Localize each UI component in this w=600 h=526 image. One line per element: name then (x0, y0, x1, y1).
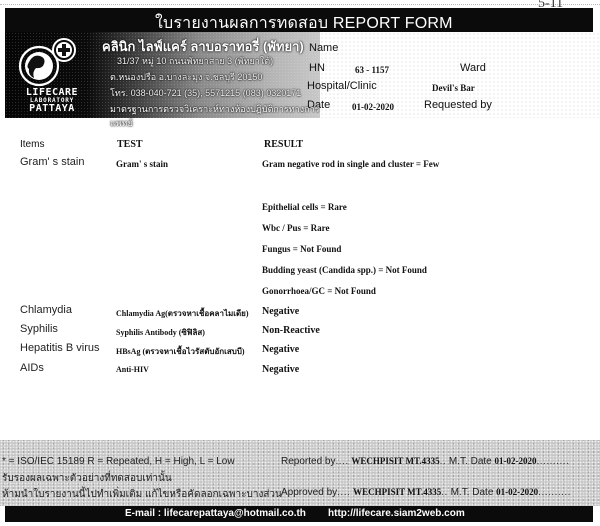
table-row-result: Non-Reactive (262, 325, 320, 336)
hospital-clinic-value: Devil's Bar (432, 83, 475, 93)
globe-plus-logo-icon (11, 36, 89, 88)
table-row-result: Negative (262, 364, 299, 375)
column-header-result: RESULT (264, 139, 303, 150)
reported-date-label: Date (471, 456, 492, 467)
ward-label: Ward (460, 62, 486, 74)
top-dotted-rule (0, 4, 600, 5)
hospital-clinic-label: Hospital/Clinic (307, 80, 377, 92)
reported-date-value: 01-02-2020 (495, 456, 537, 466)
contact-email[interactable]: E-mail : lifecarepattaya@hotmail.co.th (125, 508, 306, 519)
gram-stain-result-1: Gram negative rod in single and cluster … (262, 159, 439, 169)
footer-certify-note: รับรองผลเฉพาะตัวอย่างที่ทดสอบเท่านั้น (2, 471, 172, 486)
approved-date-label: Date (472, 487, 493, 498)
report-title-bar: ใบรายงานผลการทดสอบ REPORT FORM (5, 8, 593, 32)
reported-by-value: WECHPISIT MT.4335 (351, 456, 439, 466)
table-row-test: Syphilis Antibody (ซิฟิลิส) (116, 326, 205, 339)
clinic-header: LIFECARE LABORATORY PATTAYA คลินิก ไลฟ์แ… (5, 32, 320, 118)
reported-by-line: Reported by.... WECHPISIT MT.4335.. M.T.… (281, 456, 569, 467)
clinic-address-line1: 31/37 หมู่ 10 ถนนพัทยาสาย 3 (พัทยาใต้) (117, 54, 273, 68)
name-label: Name (309, 42, 338, 54)
requested-by-label: Requested by (424, 99, 492, 111)
gram-stain-result-6: Gonorrhoea/GC = Not Found (262, 286, 376, 296)
hn-label: HN (309, 62, 325, 74)
table-row-item: AIDs (20, 362, 44, 374)
gram-stain-result-5: Budding yeast (Candida spp.) = Not Found (262, 265, 427, 275)
lifecare-logo: LIFECARE LABORATORY PATTAYA (11, 36, 89, 116)
table-row-item: Chlamydia (20, 304, 72, 316)
reported-by-suffix: M.T. (449, 456, 468, 467)
approved-by-value: WECHPISIT MT.4335 (353, 487, 441, 497)
clinic-standard: มาตรฐานการตรวจวิเคราะห์ทางห้องปฏิบัติการ… (110, 102, 320, 130)
gram-stain-result-4: Fungus = Not Found (262, 244, 341, 254)
gram-stain-result-2: Epithelial cells = Rare (262, 202, 347, 212)
table-row-item: Hepatitis B virus (20, 342, 99, 354)
column-header-items: Items (20, 139, 44, 150)
footer-legend: * = ISO/IEC 15189 R = Repeated, H = High… (2, 456, 235, 467)
date-value: 01-02-2020 (352, 102, 394, 112)
table-row-item: Syphilis (20, 323, 58, 335)
approved-date-value: 01-02-2020 (496, 487, 538, 497)
table-row-test: Chlamydia Ag(ตรวจหาเชื้อคลาไมเดีย) (116, 307, 249, 320)
clinic-phone: โทร. 038-040-721 (35), 5571215 (083) 032… (110, 86, 301, 100)
table-row-test: Anti-HIV (116, 365, 149, 374)
hn-value: 63 - 1157 (355, 65, 389, 75)
contact-website[interactable]: http://lifecare.siam2web.com (328, 508, 465, 519)
table-row-result: Negative (262, 306, 299, 317)
approved-by-line: Approved by.... WECHPISIT MT.4335.. M.T.… (281, 487, 571, 498)
contact-bar: E-mail : lifecarepattaya@hotmail.co.th h… (5, 506, 593, 522)
reported-by-label: Reported by (281, 456, 335, 467)
report-footer: * = ISO/IEC 15189 R = Repeated, H = High… (0, 440, 600, 506)
gram-stain-result-3: Wbc / Pus = Rare (262, 223, 329, 233)
logo-wordmark: LIFECARE LABORATORY PATTAYA (21, 88, 83, 114)
gram-stain-test: Gram' s stain (116, 159, 168, 169)
footer-copy-note: ห้ามนำใบรายงานนี้ไปทำเพิ่มเติม แก้ไขหรือ… (2, 487, 282, 502)
column-header-test: TEST (117, 139, 143, 150)
table-row-test: HBsAg (ตรวจหาเชื้อไวรัสตับอักเสบบี) (116, 345, 245, 358)
gram-stain-item: Gram' s stain (20, 156, 84, 168)
table-row-result: Negative (262, 344, 299, 355)
clinic-address-line2: ต.หนองปรือ อ.บางละมุง จ.ชลบุรี 20150 (110, 70, 262, 84)
approved-by-label: Approved by (281, 487, 337, 498)
approved-by-suffix: M.T. (451, 487, 470, 498)
